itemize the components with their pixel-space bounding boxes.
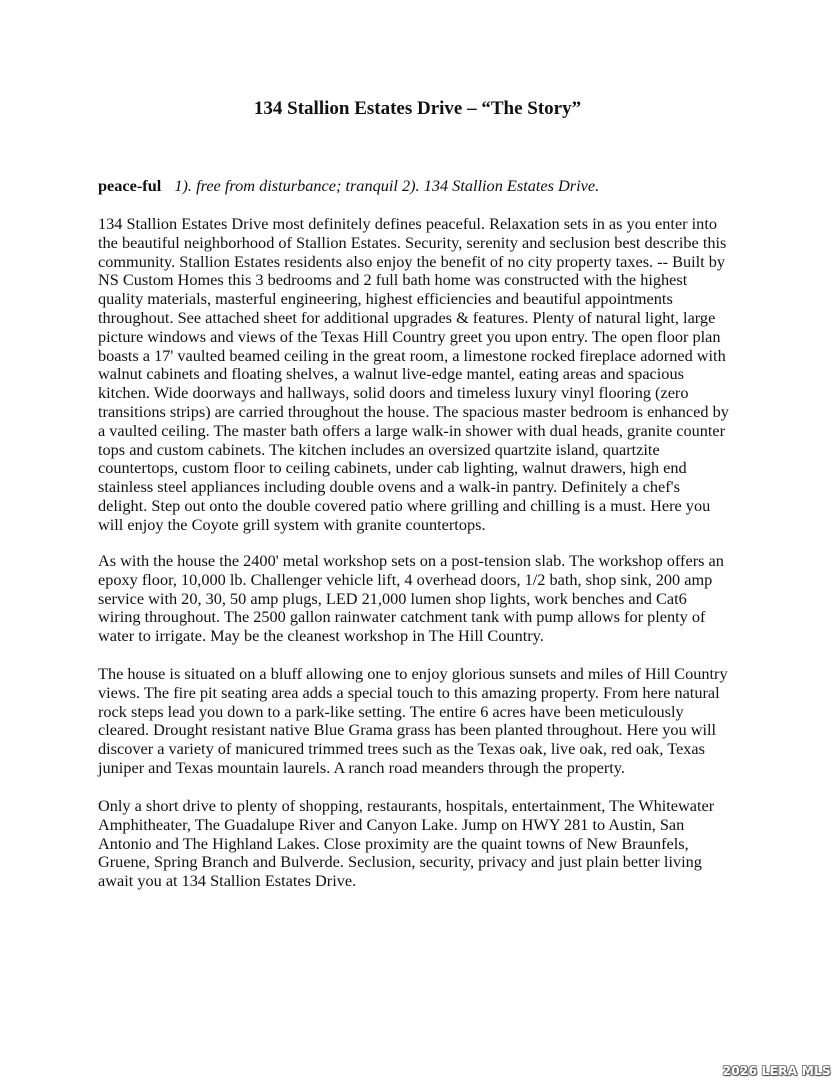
text-line: wiring throughout. The 2500 gallon rainw… xyxy=(98,608,724,627)
text-line: views. The fire pit seating area adds a … xyxy=(98,684,728,703)
text-line: tops and custom cabinets. The kitchen in… xyxy=(98,441,729,460)
definition: peace-ful 1). free from disturbance; tra… xyxy=(98,176,599,196)
text-line: throughout. See attached sheet for addit… xyxy=(98,309,729,328)
page-title: 134 Stallion Estates Drive – “The Story” xyxy=(0,96,835,122)
text-line: Gruene, Spring Branch and Bulverde. Secl… xyxy=(98,853,714,872)
mls-watermark: 2026 LERA MLS xyxy=(723,1064,831,1078)
text-line: await you at 134 Stallion Estates Drive. xyxy=(98,872,714,891)
text-line: The house is situated on a bluff allowin… xyxy=(98,665,728,684)
text-line: water to irrigate. May be the cleanest w… xyxy=(98,627,724,646)
text-line: cleared. Drought resistant native Blue G… xyxy=(98,721,728,740)
text-line: discover a variety of manicured trimmed … xyxy=(98,740,728,759)
paragraph-location: Only a short drive to plenty of shopping… xyxy=(98,797,714,891)
text-line: boasts a 17' vaulted beamed ceiling in t… xyxy=(98,347,729,366)
text-line: stainless steel appliances including dou… xyxy=(98,478,729,497)
text-line: Only a short drive to plenty of shopping… xyxy=(98,797,714,816)
text-line: delight. Step out onto the double covere… xyxy=(98,497,729,516)
text-line: the beautiful neighborhood of Stallion E… xyxy=(98,234,729,253)
text-line: Amphitheater, The Guadalupe River and Ca… xyxy=(98,816,714,835)
text-line: kitchen. Wide doorways and hallways, sol… xyxy=(98,384,729,403)
paragraph-grounds: The house is situated on a bluff allowin… xyxy=(98,665,728,778)
definition-term: peace-ful xyxy=(98,176,161,195)
text-line: 134 Stallion Estates Drive most definite… xyxy=(98,215,729,234)
text-line: walnut cabinets and floating shelves, a … xyxy=(98,365,729,384)
text-line: transitions strips) are carried througho… xyxy=(98,403,729,422)
text-line: a vaulted ceiling. The master bath offer… xyxy=(98,422,729,441)
text-line: juniper and Texas mountain laurels. A ra… xyxy=(98,759,728,778)
text-line: rock steps lead you down to a park-like … xyxy=(98,703,728,722)
text-line: NS Custom Homes this 3 bedrooms and 2 fu… xyxy=(98,271,729,290)
text-line: community. Stallion Estates residents al… xyxy=(98,253,729,272)
text-line: will enjoy the Coyote grill system with … xyxy=(98,516,729,535)
text-line: picture windows and views of the Texas H… xyxy=(98,328,729,347)
text-line: epoxy floor, 10,000 lb. Challenger vehic… xyxy=(98,571,724,590)
definition-meaning: 1). free from disturbance; tranquil 2). … xyxy=(174,176,599,195)
text-line: countertops, custom floor to ceiling cab… xyxy=(98,459,729,478)
text-line: service with 20, 30, 50 amp plugs, LED 2… xyxy=(98,590,724,609)
text-line: quality materials, masterful engineering… xyxy=(98,290,729,309)
paragraph-workshop: As with the house the 2400' metal worksh… xyxy=(98,552,724,646)
text-line: Antonio and The Highland Lakes. Close pr… xyxy=(98,835,714,854)
text-line: As with the house the 2400' metal worksh… xyxy=(98,552,724,571)
paragraph-house-description: 134 Stallion Estates Drive most definite… xyxy=(98,215,729,535)
